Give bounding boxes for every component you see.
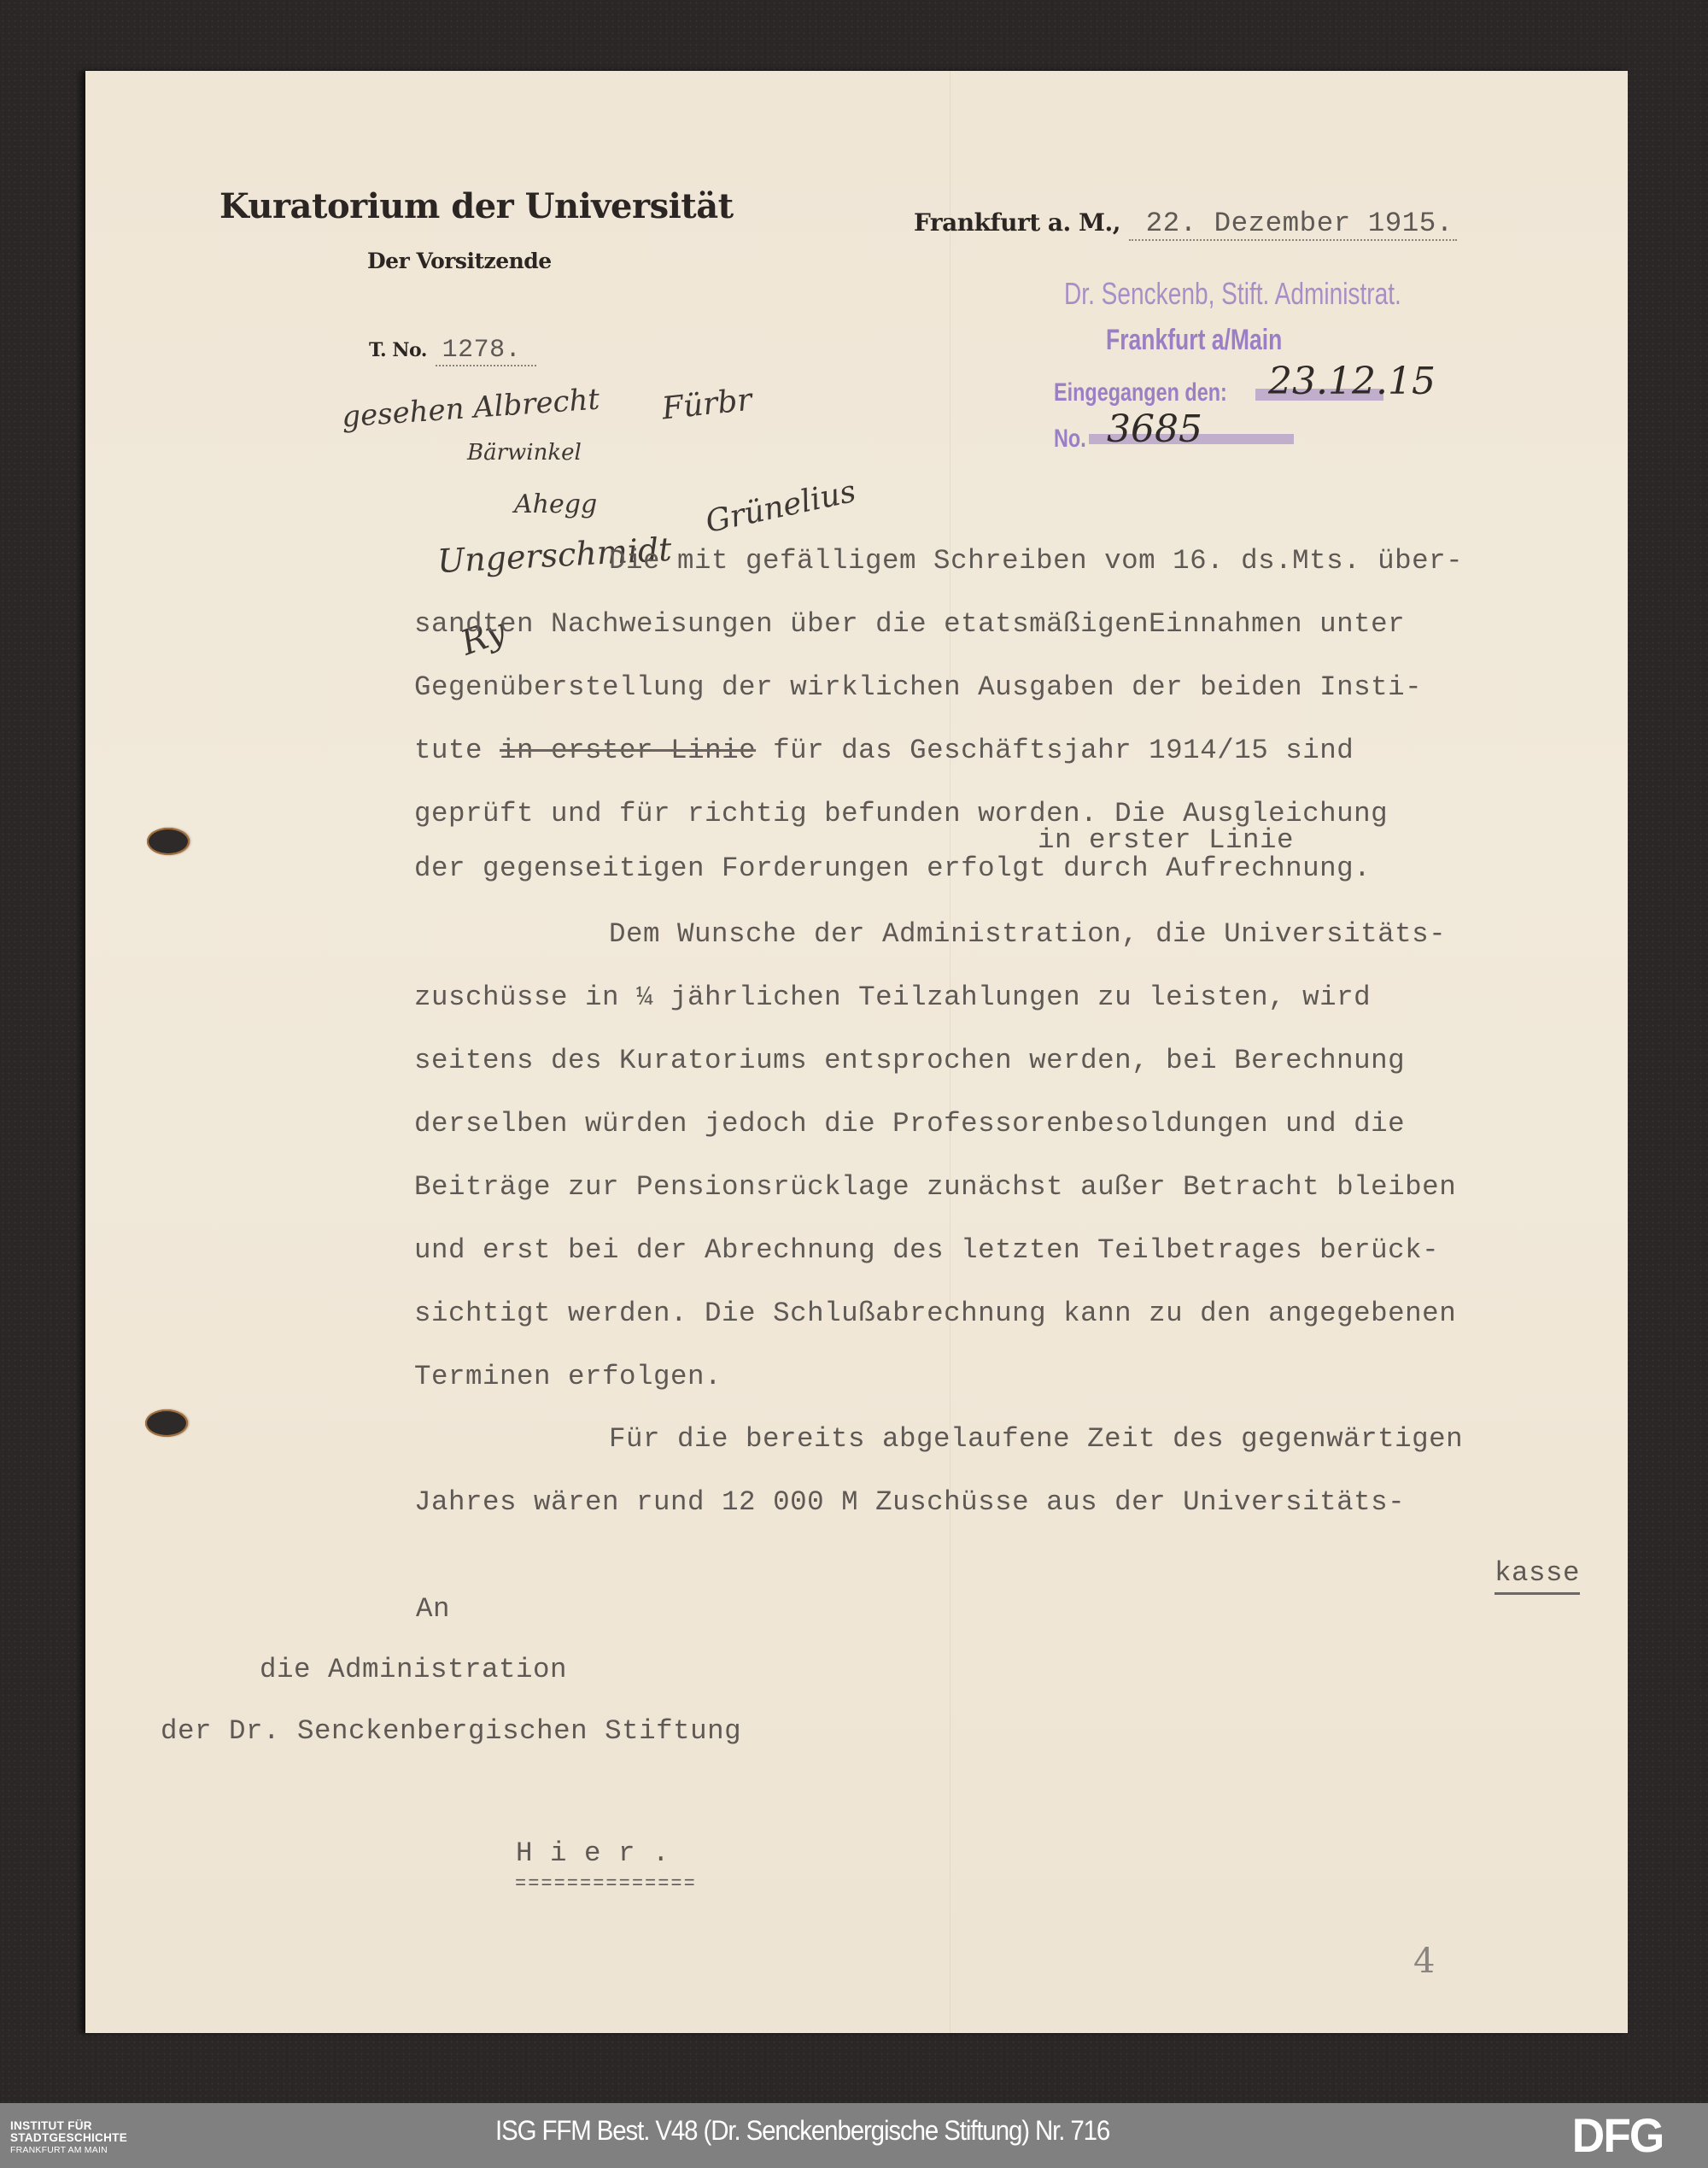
institute-line-3: FRANKFURT AM MAIN [10, 2144, 127, 2156]
letterhead-institution: Kuratorium der Universität [219, 186, 734, 226]
body-line-7: Dem Wunsche der Administration, die Univ… [609, 918, 1446, 950]
letterhead-subtitle: Der Vorsitzende [367, 249, 552, 273]
place-date-line: Frankfurt a. M., 22. Dezember 1915. [914, 208, 1457, 239]
address-double-rule: ============== [515, 1873, 697, 1895]
handwritten-stamp-number: 3685 [1107, 407, 1202, 451]
archive-footer: INSTITUT FÜR STADTGESCHICHTE FRANKFURT A… [0, 2103, 1708, 2168]
body-line-4: tute in erster Linie für das Geschäftsja… [414, 735, 1354, 766]
struck-text: in erster Linie [500, 735, 756, 766]
inserted-text: in erster Linie [1038, 824, 1294, 856]
reference-label: T. No. [369, 339, 427, 361]
handwritten-note-2: Bärwinkel [467, 440, 582, 466]
place: Frankfurt a. M., [914, 208, 1120, 237]
address-city: H i e r . [516, 1837, 670, 1869]
body-line-4-prefix: tute [414, 735, 500, 766]
body-line-13: sichtigt werden. Die Schlußabrechnung ka… [414, 1298, 1456, 1329]
body-line-6: der gegenseitigen Forderungen erfolgt du… [414, 853, 1371, 884]
punch-hole-top [147, 828, 190, 855]
handwritten-note-4b: Grünelius [703, 474, 859, 540]
handwritten-note-1: gesehen Albrecht [341, 383, 600, 435]
body-line-11: Beiträge zur Pensionsrücklage zunächst a… [414, 1171, 1456, 1203]
body-line-14: Terminen erfolgen. [414, 1361, 722, 1392]
page-number: 4 [1413, 1942, 1435, 1981]
reference-number: T. No. 1278. [369, 336, 536, 365]
institute-line-1: INSTITUT FÜR [10, 2120, 127, 2132]
punch-hole-bottom [145, 1409, 188, 1437]
body-line-3: Gegenüberstellung der wirklichen Ausgabe… [414, 671, 1422, 703]
body-line-8: zuschüsse in ¼ jährlichen Teilzahlungen … [414, 981, 1371, 1013]
handwritten-note-1b: Fürbr [660, 383, 753, 427]
body-line-9: seitens des Kuratoriums entsprochen werd… [414, 1045, 1405, 1076]
body-line-1: Die mit gefälligem Schreiben vom 16. ds.… [609, 545, 1463, 577]
address-to: An [416, 1593, 450, 1625]
body-line-10: derselben würden jedoch die Professorenb… [414, 1108, 1405, 1140]
stamp-received-label: Eingegangen den: [1054, 378, 1227, 407]
address-recipient-1: die Administration [260, 1654, 567, 1685]
stamp-line-city: Frankfurt a/Main [1106, 324, 1282, 357]
institute-logo: INSTITUT FÜR STADTGESCHICHTE FRANKFURT A… [10, 2120, 127, 2156]
archive-caption: ISG FFM Best. V48 (Dr. Senckenbergische … [495, 2115, 1109, 2147]
body-line-12: und erst bei der Abrechnung des letzten … [414, 1234, 1439, 1266]
date: 22. Dezember 1915. [1129, 208, 1457, 241]
stamp-number-label: No. [1054, 425, 1086, 454]
institute-line-2: STADTGESCHICHTE [10, 2132, 127, 2144]
handwritten-note-3: Ahegg [514, 489, 597, 519]
dfg-logo: DFG [1572, 2112, 1664, 2159]
address-recipient-2: der Dr. Senckenbergischen Stiftung [161, 1715, 741, 1747]
body-line-15: Für die bereits abgelaufene Zeit des geg… [609, 1423, 1463, 1455]
body-line-4-rest: für das Geschäftsjahr 1914/15 sind [773, 735, 1354, 766]
reference-value: 1278. [436, 336, 537, 366]
letter-page: Kuratorium der Universität Der Vorsitzen… [85, 71, 1628, 2033]
stamp-line-administration: Dr. Senckenb, Stift. Administrat. [1064, 276, 1401, 312]
body-line-17: kasse [1494, 1557, 1580, 1595]
body-line-16: Jahres wären rund 12 000 M Zuschüsse aus… [414, 1486, 1405, 1518]
handwritten-received-date: 23.12.15 [1268, 360, 1436, 403]
body-line-2: sandten Nachweisungen über die etatsmäßi… [414, 608, 1405, 640]
